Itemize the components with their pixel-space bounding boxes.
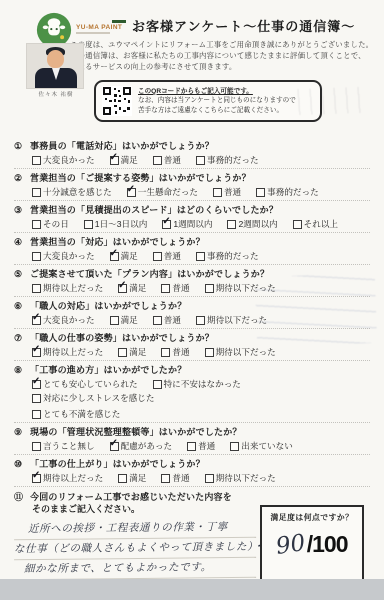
question-text: 現場の「管理状況整理整頓等」はいかがでしたか？ (30, 426, 242, 438)
checkbox-unchecked (230, 442, 239, 451)
intro-line: この度は、ユウマペイントにリフォーム工事をご用命頂き誠にありがとうございました。 (70, 39, 376, 50)
question-text: 「職人の対応」はいかがでしょうか？ (30, 300, 186, 312)
checkbox-checked: ✓ (32, 474, 41, 483)
question-block: ③ 営業担当の「見積提出のスピード」はどのくらいでしたか？ その日1日～3日以内… (14, 201, 370, 233)
question-number: ⑥ (14, 300, 30, 312)
option-label: それ以上 (304, 218, 338, 230)
checkbox-checked: ✓ (127, 188, 136, 197)
option-label: 期待以下だった (216, 346, 276, 358)
question-number: ⑪ (14, 491, 30, 503)
survey-option: ✓期待以上だった (32, 346, 103, 358)
question-options: その日1日～3日以内✓1週間以内2週間以内それ以上 (14, 218, 370, 230)
question-options: ✓期待以上だった満足普通期待以下だった (14, 346, 370, 358)
survey-option: ✓満足 (110, 154, 138, 166)
survey-option: 期待以上だった (32, 282, 103, 294)
checkbox-unchecked (196, 316, 205, 325)
survey-option: 1日～3日以内 (84, 218, 148, 230)
checkbox-unchecked (32, 442, 41, 451)
question-options: 大変良かった✓満足普通事務的だった (14, 154, 370, 166)
option-label: とても安心していられた (43, 378, 138, 390)
question-block: ⑥ 「職人の対応」はいかがでしょうか？ ✓大変良かった満足普通期待以下だった (14, 297, 370, 329)
score-values: 90 /100 (276, 531, 347, 558)
checkbox-unchecked (32, 284, 41, 293)
question-line: ⑧ 「工事の進め方」はいかがでしたか？ (14, 364, 370, 376)
check-mark-icon: ✓ (32, 470, 40, 482)
option-label: 満足 (121, 154, 138, 166)
option-label: 特に不安はなかった (164, 378, 241, 390)
question-number: ① (14, 140, 30, 152)
question-number: ⑨ (14, 426, 30, 438)
checkbox-unchecked (153, 380, 162, 389)
handwritten-line: 近所への挨拶・工程表通りの作業・丁寧 (14, 518, 256, 541)
question-line: ⑥ 「職人の対応」はいかがでしょうか？ (14, 300, 370, 312)
checkbox-unchecked (32, 252, 41, 261)
survey-option: 期待以下だった (205, 346, 276, 358)
survey-option: 普通 (161, 282, 189, 294)
checkbox-unchecked (32, 188, 41, 197)
question-block: ① 事務員の「電話対応」はいかがでしょうか？ 大変良かった✓満足普通事務的だった (14, 137, 370, 169)
check-mark-icon: ✓ (110, 248, 118, 260)
question-options: ✓大変良かった満足普通期待以下だった (14, 314, 370, 326)
checkbox-unchecked (196, 156, 205, 165)
question-line: ④ 営業担当の「対応」はいかがでしょうか？ (14, 236, 370, 248)
checkbox-unchecked (32, 156, 41, 165)
qr-code-icon (102, 86, 132, 116)
checkbox-unchecked (110, 316, 119, 325)
option-label: 配慮があった (121, 440, 172, 452)
question-options: 期待以上だった✓満足普通期待以下だった (14, 282, 370, 294)
handwritten-line: 細かな所まで、とてもよかったです。 (14, 558, 256, 581)
score-denominator: /100 (307, 531, 348, 558)
intro-line: この通信簿は、お客様に私たちの工事内容について感じたままに評価して頂くことで、 (70, 50, 376, 61)
survey-option: 普通 (153, 314, 181, 326)
question-text: 営業担当の「見積提出のスピード」はどのくらいでしたか？ (30, 204, 278, 216)
question-options: 大変良かった✓満足普通事務的だった (14, 250, 370, 262)
qr-callout-box: このQRコードからもご記入可能です。 なお、内容は当アンケートと同じものになりま… (94, 80, 322, 122)
option-label: 普通 (164, 250, 181, 262)
option-label: 期待以上だった (43, 346, 103, 358)
question-block: ⑧ 「工事の進め方」はいかがでしたか？ ✓とても安心していられた特に不安はなかっ… (14, 361, 370, 423)
check-mark-icon: ✓ (32, 376, 40, 388)
checkbox-unchecked (205, 474, 214, 483)
survey-option: 大変良かった (32, 250, 95, 262)
survey-option: ✓配慮があった (110, 440, 172, 452)
handwritten-line: な仕事（どの職人さんもよくやって頂きました）・・・ (14, 538, 256, 561)
option-label: 一生懸命だった (138, 186, 198, 198)
option-label: 事務的だった (267, 186, 319, 198)
option-label: 普通 (172, 282, 189, 294)
check-mark-icon: ✓ (32, 312, 40, 324)
survey-option: 特に不安はなかった (153, 378, 241, 390)
survey-option: 期待以下だった (205, 472, 276, 484)
checkbox-unchecked (256, 188, 265, 197)
staff-portrait-photo (26, 43, 84, 89)
survey-option: 普通 (213, 186, 241, 198)
survey-option: それ以上 (293, 218, 338, 230)
question-block: ② 営業担当の「ご提案する姿勢」はいかがでしょうか？ 十分誠意を感じた✓一生懸命… (14, 169, 370, 201)
handwritten-response: 近所への挨拶・工程表通りの作業・丁寧 な仕事（どの職人さんもよくやって頂きました… (14, 519, 256, 579)
option-label: 十分誠意を感じた (43, 186, 112, 198)
check-mark-icon: ✓ (118, 280, 126, 292)
question-text: 「職人の仕事の姿勢」はいかがでしょうか？ (30, 332, 214, 344)
qr-instruction-line: このQRコードからもご記入可能です。 (138, 87, 296, 97)
option-label: 事務的だった (207, 154, 259, 166)
staff-photo-block: 佐々木 祐樹 (26, 43, 86, 98)
question-text: 「工事の進め方」はいかがでしたか？ (30, 364, 186, 376)
checkbox-unchecked (161, 474, 170, 483)
survey-option: 普通 (187, 440, 215, 452)
option-label: 大変良かった (43, 250, 95, 262)
qr-instruction-line: 苦手な方はご遠慮なくこちらにご記載ください。 (138, 106, 296, 116)
survey-option: 期待以下だった (196, 314, 267, 326)
question-options: 言うこと無し✓配慮があった普通出来ていない (14, 440, 370, 452)
question-text: 営業担当の「ご提案する姿勢」はいかがでしょうか？ (30, 172, 251, 184)
question-text: 事務員の「電話対応」はいかがでしょうか？ (30, 140, 214, 152)
checkbox-unchecked (153, 156, 162, 165)
checkbox-unchecked (153, 252, 162, 261)
question-line: ③ 営業担当の「見積提出のスピード」はどのくらいでしたか？ (14, 204, 370, 216)
survey-option: 普通 (153, 250, 181, 262)
question-block: ⑨ 現場の「管理状況整理整頓等」はいかがでしたか？ 言うこと無し✓配慮があった普… (14, 423, 370, 455)
option-label: 期待以上だった (43, 282, 103, 294)
checkbox-unchecked (205, 284, 214, 293)
survey-option: ✓一生懸命だった (127, 186, 198, 198)
question-block: ⑦ 「職人の仕事の姿勢」はいかがでしょうか？ ✓期待以上だった満足普通期待以下だ… (14, 329, 370, 361)
survey-option: 2週間以内 (227, 218, 277, 230)
option-label: 普通 (224, 186, 241, 198)
option-label: 1週間以内 (173, 218, 212, 230)
question-text: ご提案させて頂いた「プラン内容」はいかがでしょうか？ (30, 268, 269, 280)
option-label: 言うこと無し (43, 440, 95, 452)
question-block: ⑩ 「工事の仕上がり」はいかがでしょうか？ ✓期待以上だった満足普通期待以下だっ… (14, 455, 370, 487)
question-block: ④ 営業担当の「対応」はいかがでしょうか？ 大変良かった✓満足普通事務的だった (14, 233, 370, 265)
checkbox-unchecked (187, 442, 196, 451)
question-number: ⑧ (14, 364, 30, 376)
survey-option: ✓期待以上だった (32, 472, 103, 484)
qr-instructions: このQRコードからもご記入可能です。 なお、内容は当アンケートと同じものになりま… (138, 87, 296, 116)
survey-option: 十分誠意を感じた (32, 186, 112, 198)
option-label: 満足 (129, 282, 146, 294)
checkbox-unchecked (293, 220, 302, 229)
checkbox-unchecked (118, 348, 127, 357)
survey-option: 事務的だった (196, 250, 259, 262)
option-label: 期待以下だった (216, 282, 276, 294)
question-text: 営業担当の「対応」はいかがでしょうか？ (30, 236, 205, 248)
checkbox-unchecked (153, 316, 162, 325)
option-label: 出来ていない (241, 440, 293, 452)
question-text: 今回のリフォーム工事でお感じいただいた内容を (30, 491, 232, 503)
staff-name-caption: 佐々木 祐樹 (26, 90, 86, 98)
option-label: 満足 (129, 346, 146, 358)
checkbox-checked: ✓ (32, 348, 41, 357)
option-label: とても不満を感じた (43, 408, 120, 420)
checkbox-unchecked (84, 220, 93, 229)
option-label: 1日～3日以内 (95, 218, 148, 230)
portrait-face (47, 50, 64, 68)
question-line: ⑤ ご提案させて頂いた「プラン内容」はいかがでしょうか？ (14, 268, 370, 280)
handwritten-score: 90 (275, 530, 308, 560)
option-label: 対応に少しストレスを感じた (43, 392, 154, 404)
option-label: 普通 (164, 154, 181, 166)
question-number: ⑤ (14, 268, 30, 280)
question-text: 「工事の仕上がり」はいかがでしょうか？ (30, 458, 205, 470)
survey-option: 満足 (118, 346, 146, 358)
intro-paragraph: この度は、ユウマペイントにリフォーム工事をご用命頂き誠にありがとうございました。… (70, 39, 376, 72)
checkbox-unchecked (32, 220, 41, 229)
survey-option: ✓満足 (110, 250, 138, 262)
question-line: ⑪ 今回のリフォーム工事でお感じいただいた内容を (14, 491, 370, 503)
checkbox-checked: ✓ (32, 316, 41, 325)
option-label: 普通 (164, 314, 181, 326)
checkbox-unchecked (213, 188, 222, 197)
check-mark-icon: ✓ (110, 152, 118, 164)
question-line: ⑩ 「工事の仕上がり」はいかがでしょうか？ (14, 458, 370, 470)
checkbox-unchecked (227, 220, 236, 229)
question-number: ④ (14, 236, 30, 248)
survey-option: ✓大変良かった (32, 314, 95, 326)
checkbox-checked: ✓ (110, 156, 119, 165)
header: YU-MA PAINT お客様アンケート～仕事の通信簿～ この度は、ユウマペイン… (14, 10, 370, 135)
question-options: ✓期待以上だった満足普通期待以下だった (14, 472, 370, 484)
question-line: ⑦ 「職人の仕事の姿勢」はいかがでしょうか？ (14, 332, 370, 344)
survey-option: とても不満を感じた (32, 408, 120, 420)
checkbox-unchecked (196, 252, 205, 261)
option-label: 満足 (129, 472, 146, 484)
survey-option: 満足 (110, 314, 138, 326)
intro-line: 更なるサービスの向上の参考にさせて頂きます。 (70, 61, 376, 72)
brand-subline (76, 32, 110, 34)
option-label: 期待以下だった (207, 314, 267, 326)
option-label: 期待以上だった (43, 472, 103, 484)
survey-option: 言うこと無し (32, 440, 95, 452)
option-label: 普通 (172, 472, 189, 484)
option-label: 事務的だった (207, 250, 259, 262)
option-label: 大変良かった (43, 154, 95, 166)
page-title: お客様アンケート～仕事の通信簿～ (132, 16, 355, 35)
option-label: 普通 (172, 346, 189, 358)
brand-accent-bar (112, 20, 126, 23)
survey-option: 事務的だった (256, 186, 319, 198)
checkbox-checked: ✓ (110, 252, 119, 261)
question-number: ⑦ (14, 332, 30, 344)
survey-option: 普通 (161, 346, 189, 358)
survey-option: 期待以下だった (205, 282, 276, 294)
check-mark-icon: ✓ (110, 438, 118, 450)
checkbox-unchecked (205, 348, 214, 357)
question-line: ① 事務員の「電話対応」はいかがでしょうか？ (14, 140, 370, 152)
scanner-background (0, 579, 384, 600)
checkbox-checked: ✓ (118, 284, 127, 293)
checkbox-unchecked (161, 284, 170, 293)
check-mark-icon: ✓ (127, 184, 135, 196)
satisfaction-score-box: 満足度は何点ですか？ 90 /100 (260, 505, 364, 585)
survey-option: 普通 (153, 154, 181, 166)
option-label: 期待以下だった (216, 472, 276, 484)
survey-option: 出来ていない (230, 440, 293, 452)
checkbox-unchecked (32, 410, 41, 419)
question-number: ⑩ (14, 458, 30, 470)
checkbox-unchecked (118, 474, 127, 483)
scanned-survey-page: YU-MA PAINT お客様アンケート～仕事の通信簿～ この度は、ユウマペイン… (0, 0, 384, 579)
option-label: 2週間以内 (238, 218, 277, 230)
survey-option: 大変良かった (32, 154, 95, 166)
checkbox-checked: ✓ (110, 442, 119, 451)
survey-option: 満足 (118, 472, 146, 484)
question-number: ② (14, 172, 30, 184)
check-mark-icon: ✓ (32, 344, 40, 356)
checkbox-checked: ✓ (32, 380, 41, 389)
question-options: ✓とても安心していられた特に不安はなかった対応に少しストレスを感じたとても不満を… (14, 378, 370, 420)
question-line: ⑨ 現場の「管理状況整理整頓等」はいかがでしたか？ (14, 426, 370, 438)
question-block: ⑤ ご提案させて頂いた「プラン内容」はいかがでしょうか？ 期待以上だった✓満足普… (14, 265, 370, 297)
question-number: ③ (14, 204, 30, 216)
survey-option: ✓1週間以内 (162, 218, 212, 230)
question-list: ① 事務員の「電話対応」はいかがでしょうか？ 大変良かった✓満足普通事務的だった… (14, 137, 370, 487)
survey-option: ✓満足 (118, 282, 146, 294)
survey-option: 普通 (161, 472, 189, 484)
option-label: 大変良かった (43, 314, 95, 326)
option-label: その日 (43, 218, 69, 230)
checkbox-unchecked (32, 394, 41, 403)
score-question-label: 満足度は何点ですか？ (271, 512, 354, 523)
option-label: 満足 (121, 314, 138, 326)
option-label: 普通 (198, 440, 215, 452)
survey-option: 事務的だった (196, 154, 259, 166)
check-mark-icon: ✓ (162, 216, 170, 228)
survey-option: その日 (32, 218, 69, 230)
survey-option: 対応に少しストレスを感じた (32, 392, 154, 404)
qr-instruction-line: なお、内容は当アンケートと同じものになりますので (138, 96, 296, 106)
question-options: 十分誠意を感じた✓一生懸命だった普通事務的だった (14, 186, 370, 198)
survey-option: ✓とても安心していられた (32, 378, 138, 390)
checkbox-checked: ✓ (162, 220, 171, 229)
option-label: 満足 (121, 250, 138, 262)
checkbox-unchecked (161, 348, 170, 357)
question-line: ② 営業担当の「ご提案する姿勢」はいかがでしょうか？ (14, 172, 370, 184)
